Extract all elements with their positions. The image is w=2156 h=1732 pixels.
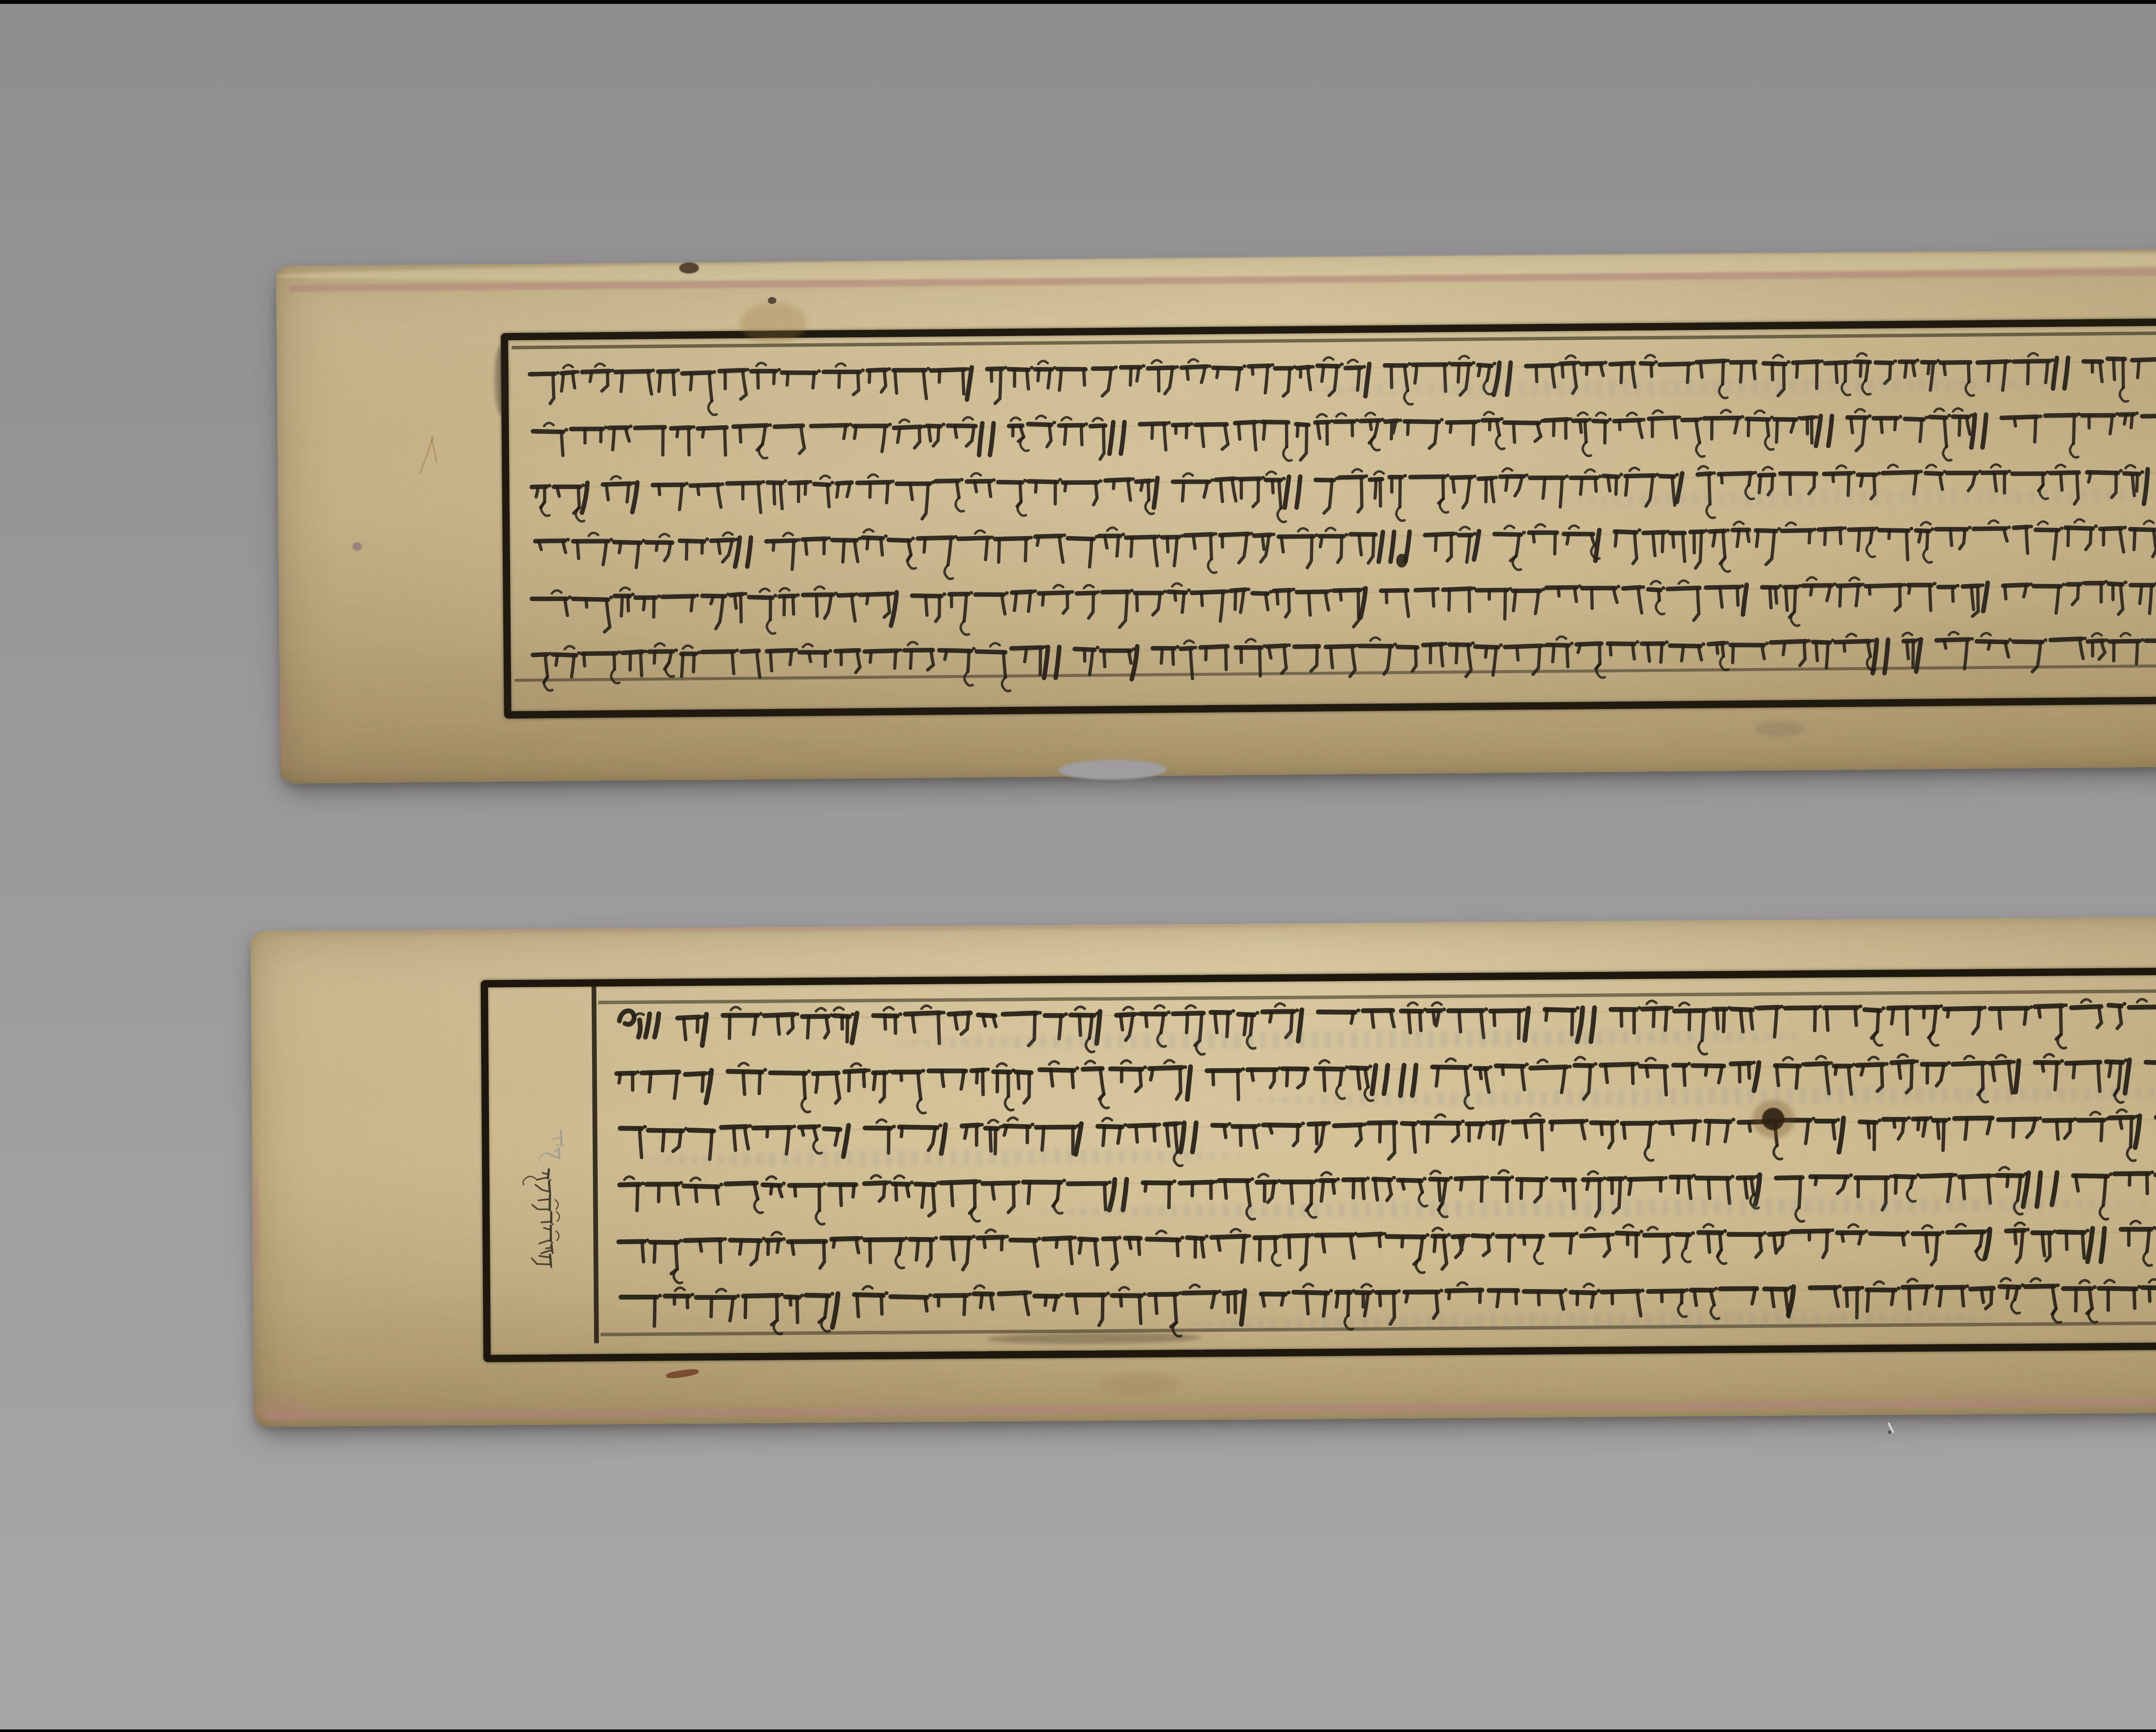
stain-dark-chip <box>679 262 699 273</box>
margin-caption-vertical <box>530 1167 559 1282</box>
tibetan-text-line <box>614 1045 2156 1113</box>
tibetan-text-line <box>615 989 2156 1057</box>
stain-purple-speck <box>352 542 362 551</box>
binding-pin-head <box>1888 1430 1892 1434</box>
film-edge-bar-top <box>0 0 2156 4</box>
stain-speck <box>768 297 777 304</box>
red-dye-band-bottom <box>265 1396 2156 1420</box>
lower-leaf <box>251 915 2156 1427</box>
margin-caption-strokes <box>530 1167 559 1282</box>
stain-yellow <box>1099 1372 1178 1396</box>
tibetan-text-line <box>618 1269 2156 1337</box>
film-edge-bar-bottom <box>0 1729 2156 1732</box>
paper-fiber <box>430 437 437 463</box>
tibetan-text-line <box>617 1157 2156 1225</box>
red-dye-corner <box>254 1399 310 1422</box>
tibetan-text-line <box>617 1101 2156 1169</box>
red-dye-edge-left <box>279 680 287 775</box>
margin-folio-mark-faint <box>548 1128 565 1167</box>
upper-leaf <box>276 247 2156 783</box>
margin-folio-mark-strokes <box>548 1128 565 1167</box>
red-dye-edge-left <box>252 1172 260 1284</box>
smudge-bottom-edge <box>1755 721 1804 737</box>
red-dye-edge-top <box>276 923 1311 935</box>
photograph-backdrop <box>0 0 2156 1732</box>
tibetan-text-line <box>616 1213 2156 1281</box>
edge-bite <box>1059 759 1166 780</box>
paper-fiber <box>420 436 434 474</box>
red-dye-band-top <box>289 267 2156 292</box>
stain-red-streak <box>666 1368 699 1380</box>
binding-pin <box>1887 1422 1894 1434</box>
edge-light-strip <box>276 247 2156 286</box>
